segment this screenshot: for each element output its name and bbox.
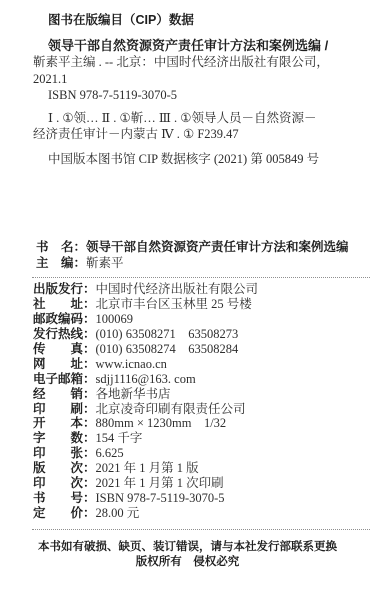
website-row: 网 址：www.icnao.cn bbox=[33, 357, 258, 372]
word-count-value: 154 千字 bbox=[96, 431, 143, 445]
cip-data-block: 图书在版编目（CIP）数据 领导干部自然资源资产责任审计方法和案例选编 / 靳素… bbox=[33, 12, 365, 167]
postcode-row: 邮政编码：100069 bbox=[33, 312, 258, 327]
printed-sheets-value: 6.625 bbox=[96, 446, 124, 460]
book-info-block: 书 名：领导干部自然资源资产责任审计方法和案例选编 主 编：靳素平 bbox=[36, 240, 349, 271]
edition-row: 版 次：2021 年 1 月第 1 版 bbox=[33, 461, 258, 476]
printer-value: 北京凌奇印刷有限责任公司 bbox=[96, 402, 246, 416]
publisher-label: 出版发行： bbox=[33, 282, 96, 296]
sales-hotline-value: (010) 63508271 63508273 bbox=[96, 327, 239, 341]
email-value: sdjj1116@163. com bbox=[96, 372, 196, 386]
publisher-row: 出版发行：中国时代经济出版社有限公司 bbox=[33, 282, 258, 297]
cip-isbn-line: ISBN 978-7-5119-3070-5 bbox=[33, 87, 365, 104]
cip-author-publisher-line: 靳素平主编 . -- 北京：中国时代经济出版社有限公司， bbox=[33, 54, 365, 71]
printer-row: 印 刷：北京凌奇印刷有限责任公司 bbox=[33, 402, 258, 417]
distributor-row: 经 销：各地新华书店 bbox=[33, 387, 258, 402]
chief-editor-row: 主 编：靳素平 bbox=[36, 256, 349, 272]
cip-record-number-line: 中国版本图书馆 CIP 数据核字 (2021) 第 005849 号 bbox=[33, 151, 365, 168]
fax-label: 传 真： bbox=[33, 342, 96, 356]
format-row: 开 本：880mm × 1230mm 1/32 bbox=[33, 416, 258, 431]
publisher-value: 中国时代经济出版社有限公司 bbox=[96, 282, 259, 296]
word-count-row: 字 数：154 千字 bbox=[33, 431, 258, 446]
format-label: 开 本： bbox=[33, 416, 96, 430]
edition-value: 2021 年 1 月第 1 版 bbox=[96, 461, 199, 475]
copyright-page: { "cip": { "heading": "图书在版编目（CIP）数据", "… bbox=[0, 0, 375, 591]
word-count-label: 字 数： bbox=[33, 431, 96, 445]
publication-info-block: 出版发行：中国时代经济出版社有限公司 社 址：北京市丰台区玉林里 25 号楼 邮… bbox=[33, 282, 258, 521]
copyright-notice: 版权所有 侵权必究 bbox=[0, 555, 375, 570]
cip-heading: 图书在版编目（CIP）数据 bbox=[33, 12, 365, 29]
book-number-row: 书 号：ISBN 978-7-5119-3070-5 bbox=[33, 491, 258, 506]
chief-editor-label: 主 编： bbox=[36, 256, 86, 270]
impression-label: 印 次： bbox=[33, 476, 96, 490]
printed-sheets-label: 印 张： bbox=[33, 446, 96, 460]
chief-editor-value: 靳素平 bbox=[86, 256, 124, 270]
footer-block: 本书如有破损、缺页、装订错误，请与本社发行部联系更换 版权所有 侵权必究 bbox=[0, 540, 375, 570]
email-row: 电子邮箱：sdjj1116@163. com bbox=[33, 372, 258, 387]
book-title-line: 领导干部自然资源资产责任审计方法和案例选编 / bbox=[33, 38, 365, 55]
postcode-value: 100069 bbox=[96, 312, 134, 326]
price-value: 28.00 元 bbox=[96, 506, 140, 520]
book-number-value: ISBN 978-7-5119-3070-5 bbox=[96, 491, 225, 505]
cip-year-line: 2021.1 bbox=[33, 71, 365, 88]
fax-row: 传 真：(010) 63508274 63508284 bbox=[33, 342, 258, 357]
impression-row: 印 次：2021 年 1 月第 1 次印刷 bbox=[33, 476, 258, 491]
address-label: 社 址： bbox=[33, 297, 96, 311]
edition-label: 版 次： bbox=[33, 461, 96, 475]
price-row: 定 价：28.00 元 bbox=[33, 506, 258, 521]
price-label: 定 价： bbox=[33, 506, 96, 520]
format-value: 880mm × 1230mm 1/32 bbox=[96, 416, 227, 430]
address-row: 社 址：北京市丰台区玉林里 25 号楼 bbox=[33, 297, 258, 312]
book-number-label: 书 号： bbox=[33, 491, 96, 505]
cip-classification-line-1: Ⅰ . ①领… Ⅱ . ①靳… Ⅲ . ①领导人员－自然资源－ bbox=[33, 110, 365, 127]
distributor-label: 经 销： bbox=[33, 387, 96, 401]
book-name-row: 书 名：领导干部自然资源资产责任审计方法和案例选编 bbox=[36, 240, 349, 256]
postcode-label: 邮政编码： bbox=[33, 312, 96, 326]
website-value: www.icnao.cn bbox=[96, 357, 167, 371]
damage-replacement-notice: 本书如有破损、缺页、装订错误，请与本社发行部联系更换 bbox=[0, 540, 375, 555]
address-value: 北京市丰台区玉林里 25 号楼 bbox=[96, 297, 252, 311]
sales-hotline-row: 发行热线：(010) 63508271 63508273 bbox=[33, 327, 258, 342]
sales-hotline-label: 发行热线： bbox=[33, 327, 96, 341]
printed-sheets-row: 印 张：6.625 bbox=[33, 446, 258, 461]
dotted-separator-bottom bbox=[32, 529, 370, 530]
printer-label: 印 刷： bbox=[33, 402, 96, 416]
impression-value: 2021 年 1 月第 1 次印刷 bbox=[96, 476, 224, 490]
fax-value: (010) 63508274 63508284 bbox=[96, 342, 239, 356]
book-name-value: 领导干部自然资源资产责任审计方法和案例选编 bbox=[86, 240, 349, 254]
dotted-separator-top bbox=[32, 277, 370, 278]
cip-classification-line-2: 经济责任审计－内蒙古 Ⅳ . ① F239.47 bbox=[33, 126, 365, 143]
website-label: 网 址： bbox=[33, 357, 96, 371]
distributor-value: 各地新华书店 bbox=[96, 387, 171, 401]
email-label: 电子邮箱： bbox=[33, 372, 96, 386]
book-name-label: 书 名： bbox=[36, 240, 86, 254]
